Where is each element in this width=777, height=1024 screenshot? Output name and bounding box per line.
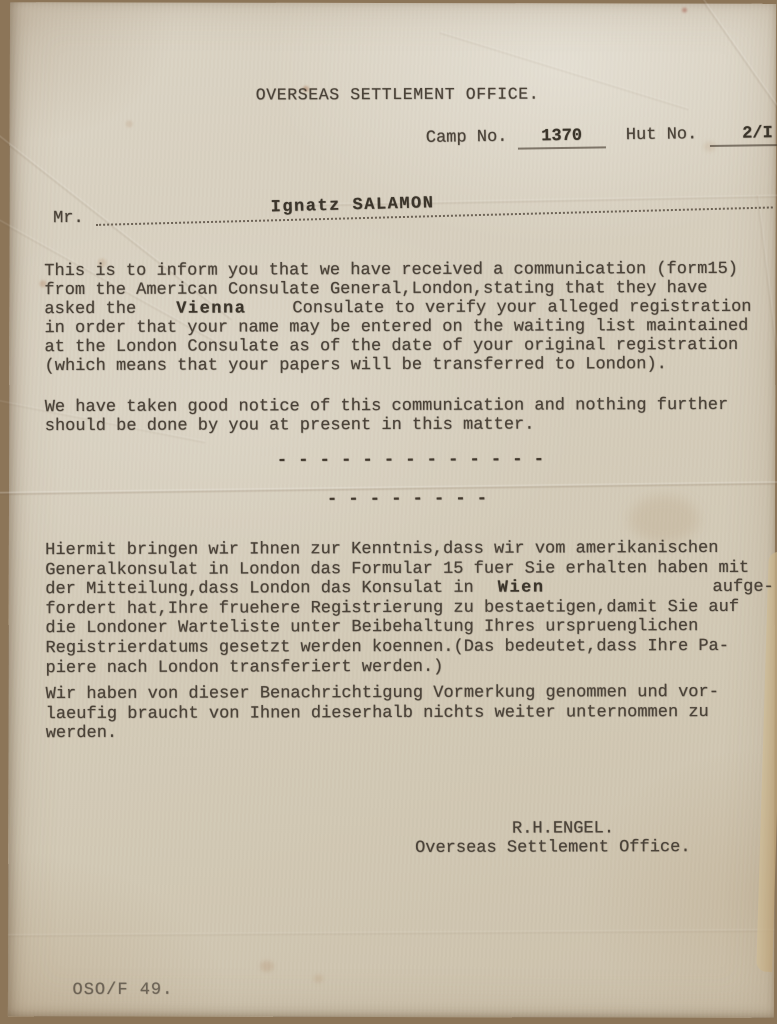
camp-no-label: Camp No.: [426, 128, 508, 148]
letter-content: OVERSEAS SETTLEMENT OFFICE. Camp No. 137…: [7, 2, 776, 1018]
text-segment: asked the: [44, 300, 136, 319]
konsulat-city-value: Wien: [498, 579, 545, 598]
paragraph-german-1: Hiermit bringen wir Ihnen zur Kenntnis,d…: [45, 539, 774, 678]
text-line: asked theViennaConsulate to verify your …: [44, 298, 751, 319]
document-title: OVERSEAS SETTLEMENT OFFICE.: [256, 85, 540, 105]
text-line: laeufig braucht von Ihnen dieserhalb nic…: [46, 703, 719, 725]
text-line: die Londoner Warteliste unter Beibehaltu…: [45, 617, 774, 639]
text-line: piere nach London transferiert werden.): [45, 656, 774, 678]
paragraph-english-1: This is to inform you that we have recei…: [44, 260, 751, 376]
text-line: Generalkonsulat in London das Formular 1…: [45, 558, 774, 580]
scanned-photo: OVERSEAS SETTLEMENT OFFICE. Camp No. 137…: [0, 0, 777, 1024]
text-line: Wir haben von dieser Benachrichtigung Vo…: [46, 683, 719, 705]
signature-name: R.H.ENGEL.: [512, 819, 691, 839]
hut-no-value: 2/I: [742, 124, 773, 143]
signature-organization: Overseas Settlement Office.: [415, 838, 691, 858]
document-page: OVERSEAS SETTLEMENT OFFICE. Camp No. 137…: [8, 2, 776, 1018]
addressee-name: Ignatz SALAMON: [270, 194, 434, 217]
addressee-label: Mr.: [53, 209, 84, 228]
dashed-separator-2: - - - - - - - -: [327, 490, 488, 510]
text-segment: der Mitteilung,dass London das Konsulat …: [45, 579, 474, 599]
text-line: der Mitteilung,dass London das Konsulat …: [45, 578, 774, 600]
text-segment: aufge-: [713, 578, 774, 597]
text-segment: Consulate to verify your alleged registr…: [292, 298, 751, 318]
text-line: werden.: [46, 722, 719, 744]
signature-block: R.H.ENGEL. Overseas Settlement Office.: [415, 819, 691, 858]
text-line: at the London Consulate as of the date o…: [44, 336, 751, 357]
paragraph-german-2: Wir haben von dieser Benachrichtigung Vo…: [46, 683, 719, 744]
text-line: (which means that your papers will be tr…: [45, 355, 752, 376]
text-line: We have taken good notice of this commun…: [45, 396, 729, 417]
consulate-city-value: Vienna: [176, 299, 246, 318]
text-line: from the American Consulate General,Lond…: [44, 279, 751, 300]
camp-hut-row: Camp No. 1370 Hut No. 2/I: [426, 124, 777, 151]
text-line: in order that your name may be entered o…: [44, 317, 751, 338]
text-line: should be done by you at present in this…: [45, 415, 729, 436]
addressee-name-field: Ignatz SALAMON: [95, 170, 773, 225]
text-line: Hiermit bringen wir Ihnen zur Kenntnis,d…: [45, 539, 774, 561]
camp-no-value: 1370: [541, 127, 582, 147]
hut-no-field: 2/I: [709, 124, 777, 147]
paragraph-english-2: We have taken good notice of this commun…: [45, 396, 729, 436]
text-line: This is to inform you that we have recei…: [44, 260, 751, 281]
hut-no-label: Hut No.: [626, 125, 698, 145]
text-line: Registrierdatums gesetzt werden koennen.…: [45, 637, 774, 659]
form-reference-number: OSO/F 49.: [72, 981, 173, 1000]
dashed-separator-1: - - - - - - - - - - - - -: [277, 451, 545, 471]
camp-no-field: 1370: [518, 126, 606, 149]
